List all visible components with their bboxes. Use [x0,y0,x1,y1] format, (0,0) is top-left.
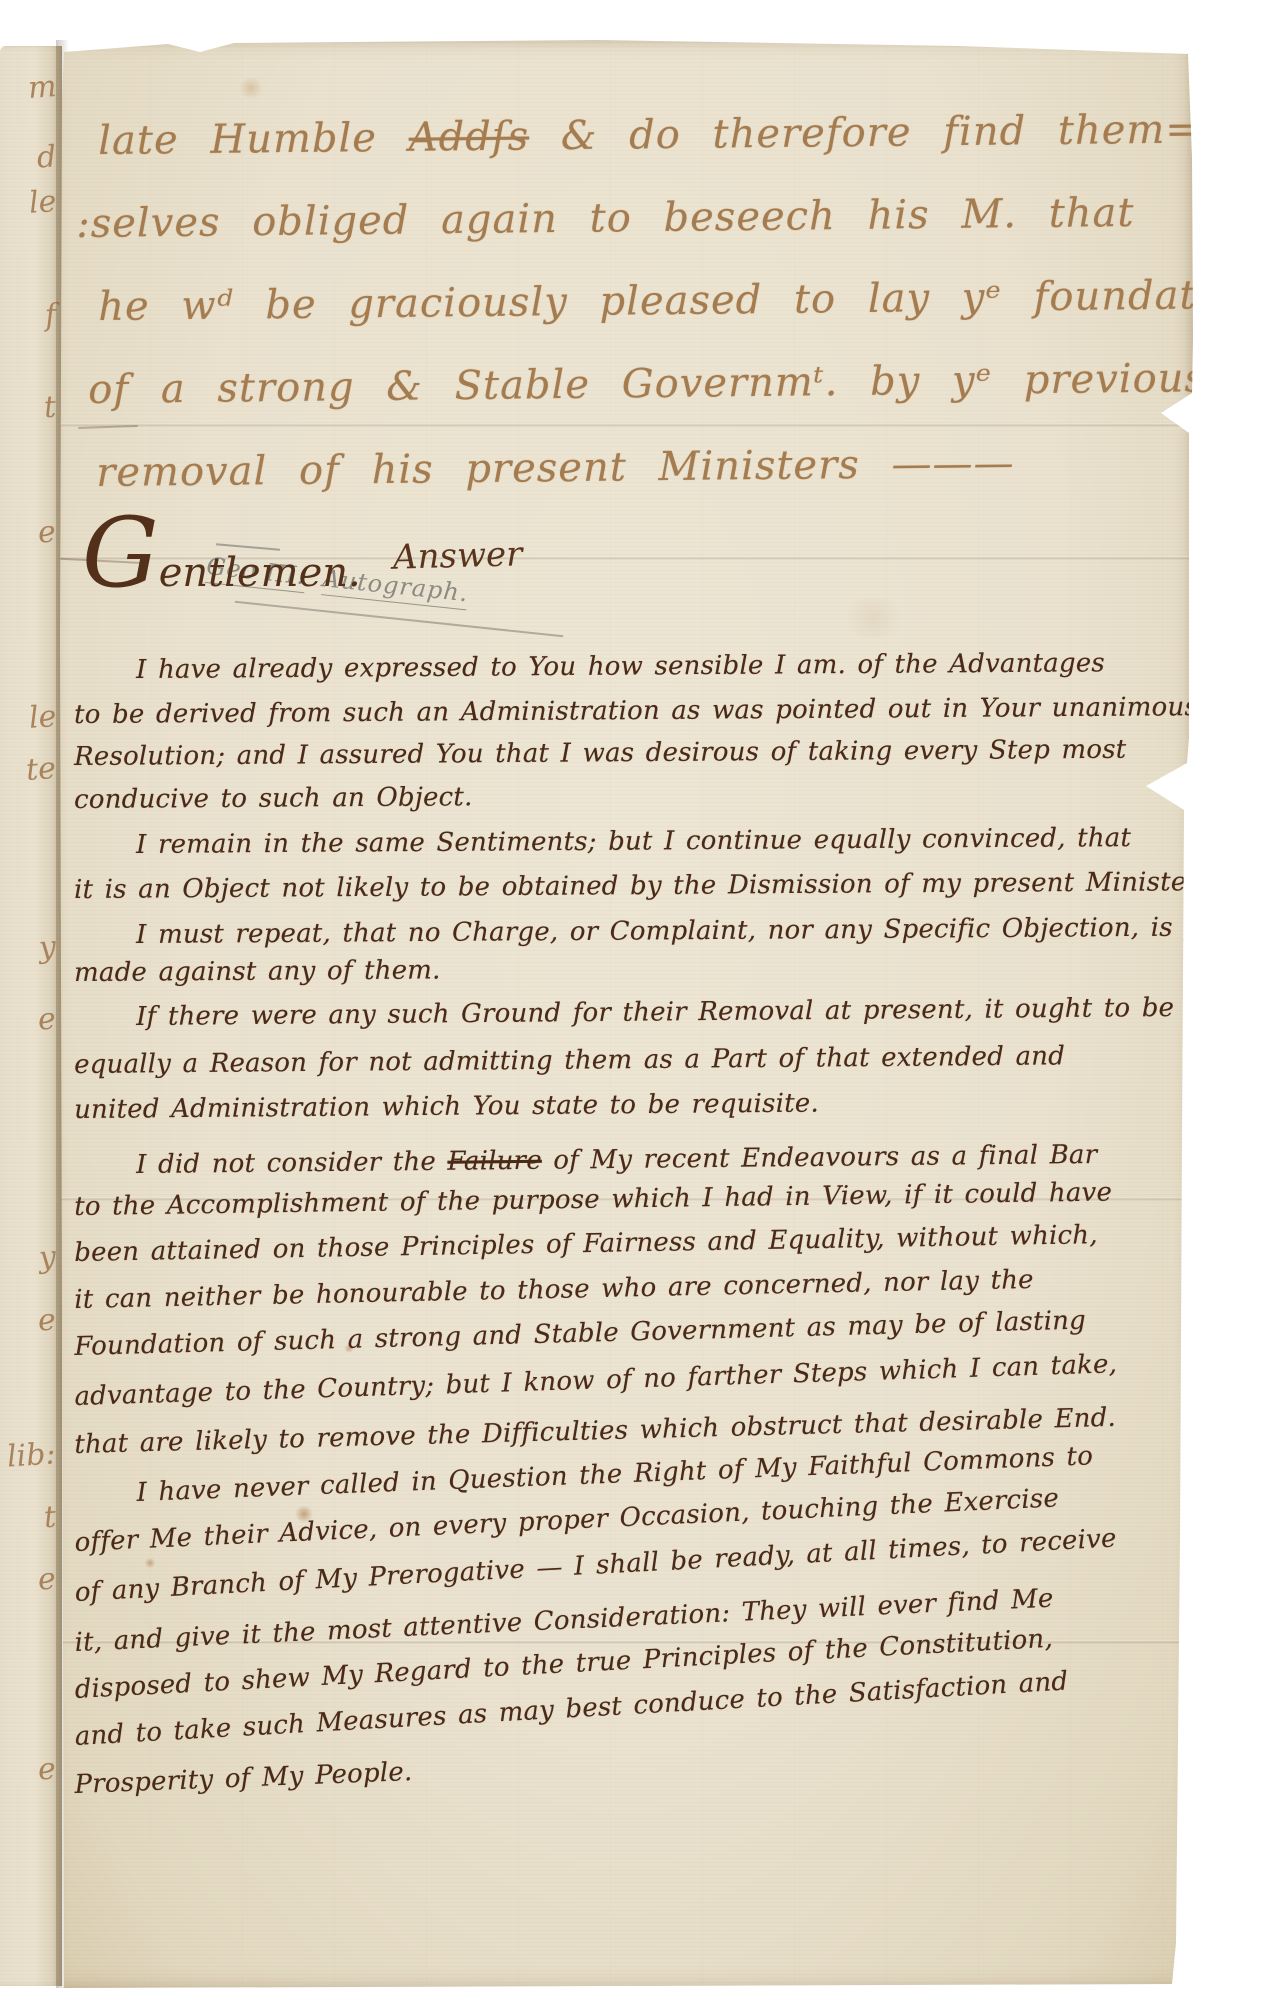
draft-text: late Humble [98,115,409,164]
struck-word: Addſs [408,113,529,160]
foxing-spot [144,1558,156,1568]
body-text: I did not consider the [136,1147,448,1180]
left-page-fragment: d [36,139,58,175]
left-page-fragment: e [37,1001,57,1037]
draft-line: removal of his present Ministers ——— [96,440,1015,496]
left-page-fragment: y [38,1239,57,1275]
answer-heading: Answer [392,534,522,577]
foxing-spot [238,78,264,98]
left-page-fragment: m [26,69,57,106]
left-page-fragment: e [37,1561,57,1597]
body-line: conducive to such an Object. [74,782,473,815]
left-page-fragment: e [37,514,57,550]
body-text: of My recent Endeavours as a final Bar [542,1140,1098,1176]
body-line: made against any of them. [74,955,441,988]
left-page-fragment: le [27,699,57,736]
draft-text: & do therefore find them= [529,106,1200,159]
left-page-fragment: y [38,929,57,965]
left-page-fragment: e [37,1751,57,1787]
salutation: Gentlemen. [82,538,361,596]
left-page-fragment: le [27,184,57,221]
struck-word: Failure [447,1146,542,1177]
left-page-fragment: te [25,751,57,788]
left-page-edge: m d le f t e le te y e y e lib: t e e [0,46,62,1986]
discoloration [838,598,908,638]
fold-crease [58,423,1196,427]
left-page-fragment: lib: [6,1436,57,1474]
manuscript-page: late Humble Addſs & do therefore find th… [58,38,1196,1990]
left-page-fragment: e [37,1302,57,1338]
manuscript-photo: m d le f t e le te y e y e lib: t e e la… [0,0,1266,2000]
